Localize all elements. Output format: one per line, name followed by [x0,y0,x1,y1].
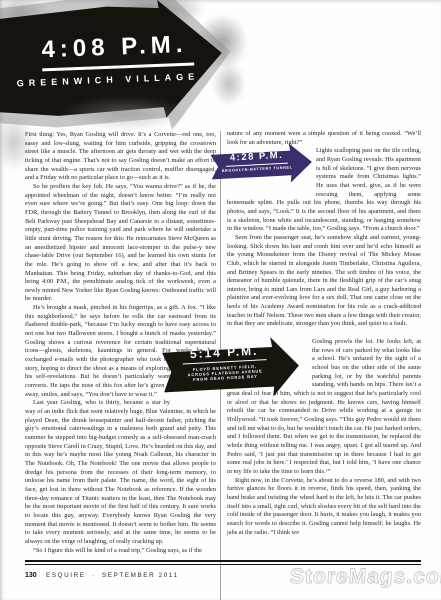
issue-date: SEPTEMBER 2011 [102,572,179,579]
paragraph-text: nature of any moment were a simple quest… [227,130,421,146]
magazine-title: ESQUIRE [46,572,86,579]
article-paragraph: Right now, in the Corvette, he’s about t… [227,477,421,538]
page-number: 130 [25,572,37,579]
article-right-column: nature of any moment were a simple quest… [227,130,421,558]
footer: 130 ESQUIRE · SEPTEMBER 2011 [25,572,179,579]
paragraph-text: So he proffers the key fob. He says, “Yo… [25,183,216,303]
article-paragraph: First thing: Yes, Ryan Gosling will driv… [25,131,216,183]
footer-separator: · [92,572,96,579]
banner-time-label: 4:08 P.M. [41,31,188,65]
magazine-page: 4:08 P.M. GREENWICH VILLAGE First thing:… [0,0,441,600]
paragraph-text: Right now, in the Corvette, he’s about t… [227,477,421,536]
watermark: StoreMags.com [289,565,437,589]
marker-location-label: FLOYD BENNETT FIELD, ACROSS FLATBUSH AVE… [175,363,276,384]
article-paragraph: So he proffers the key fob. He says, “Yo… [25,183,216,304]
article-paragraph: “So I figure this will be kind of a road… [25,547,216,556]
paragraph-text: Last year Gosling, who is thirty, became… [25,399,216,545]
banner-underline [42,63,194,71]
paragraph-text: First thing: Yes, Ryan Gosling will driv… [25,131,216,181]
marker-location-label: BROOKLYN-BATTERY TUNNEL [215,165,299,173]
article-paragraph: nature of any moment were a simple quest… [227,130,421,147]
grunge-texture [60,96,190,130]
article-paragraph: Last year Gosling, who is thirty, became… [25,399,216,546]
article-paragraph: Seen from the passenger seat, he’s someh… [227,234,421,329]
article-left-column: First thing: Yes, Ryan Gosling will driv… [25,131,216,559]
banner-location-label: GREENWICH VILLAGE [17,71,200,88]
paragraph-text: Seen from the passenger seat, he’s someh… [227,234,421,328]
paragraph-text: “So I figure this will be kind of a road… [33,547,202,554]
